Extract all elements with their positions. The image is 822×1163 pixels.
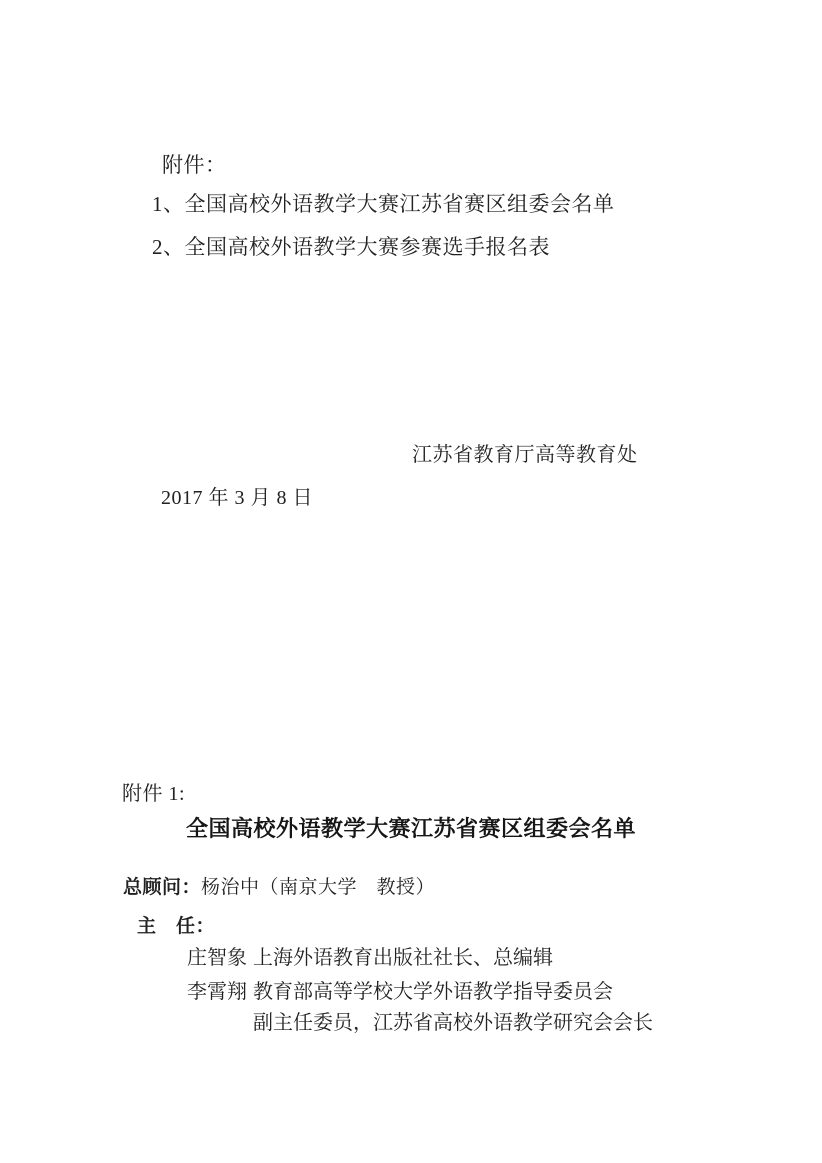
appendix-title: 全国高校外语教学大赛江苏省赛区组委会名单 bbox=[0, 816, 822, 841]
chief-advisor-line: 总顾问：杨治中（南京大学 教授） bbox=[123, 877, 435, 899]
director-desc: 上海外语教育出版社社长、总编辑 bbox=[253, 947, 553, 970]
chief-advisor-value: 杨治中（南京大学 教授） bbox=[201, 877, 435, 898]
director-desc: 教育部高等学校大学外语教学指导委员会 bbox=[253, 981, 613, 1004]
document-page: 附件： 1、全国高校外语教学大赛江苏省赛区组委会名单 2、全国高校外语教学大赛参… bbox=[0, 0, 822, 1163]
attachment-item-1: 1、全国高校外语教学大赛江苏省赛区组委会名单 bbox=[152, 192, 615, 216]
issuing-department: 江苏省教育厅高等教育处 bbox=[412, 444, 638, 467]
director-name: 李霄翔 bbox=[187, 981, 247, 1004]
attachment-heading: 附件： bbox=[162, 153, 227, 177]
issue-date: 2017 年 3 月 8 日 bbox=[161, 487, 313, 510]
director-name: 庄智象 bbox=[187, 947, 247, 970]
attachment-item-2: 2、全国高校外语教学大赛参赛选手报名表 bbox=[152, 235, 550, 259]
appendix-label: 附件 1: bbox=[122, 783, 185, 806]
director-label: 主 任： bbox=[137, 916, 215, 938]
director-desc-continuation: 副主任委员，江苏省高校外语教学研究会会长 bbox=[253, 1012, 653, 1035]
chief-advisor-label: 总顾问： bbox=[123, 877, 201, 898]
